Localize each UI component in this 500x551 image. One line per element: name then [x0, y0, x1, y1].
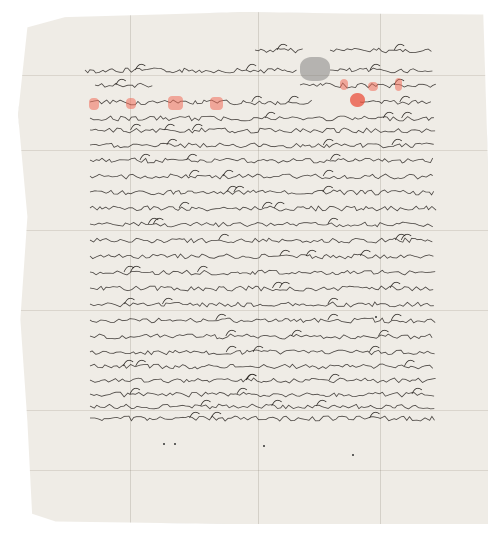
- red-seal: [89, 98, 99, 110]
- script-line: [90, 283, 432, 293]
- script-line: [330, 45, 430, 55]
- script-line: [90, 267, 432, 277]
- script-line: [90, 389, 432, 399]
- red-seal: [168, 96, 183, 110]
- ink-speck: [163, 443, 165, 445]
- fold-line: [18, 150, 488, 151]
- script-line: [90, 113, 432, 123]
- script-line: [90, 140, 432, 150]
- red-seal: [350, 93, 365, 107]
- script-line: [90, 299, 432, 309]
- script-line: [90, 171, 432, 181]
- fold-line: [18, 470, 488, 471]
- red-seal: [368, 82, 378, 91]
- script-line: [90, 97, 310, 107]
- script-line: [90, 219, 432, 229]
- script-line: [90, 347, 432, 357]
- red-seal: [126, 98, 136, 109]
- script-line: [90, 375, 432, 385]
- script-line: [90, 315, 432, 325]
- script-line: [90, 413, 432, 423]
- script-line: [90, 155, 432, 165]
- ink-speck: [352, 454, 354, 456]
- red-seal: [210, 97, 223, 110]
- script-line: [90, 401, 432, 411]
- fold-line: [18, 230, 488, 231]
- script-line: [330, 65, 430, 75]
- script-line: [85, 65, 295, 75]
- ink-speck: [375, 316, 377, 318]
- ink-speck: [174, 443, 176, 445]
- fold-line: [18, 75, 488, 76]
- script-line: [95, 80, 150, 90]
- script-line: [90, 203, 432, 213]
- script-line: [90, 235, 432, 245]
- script-line: [90, 125, 432, 135]
- fold-line: [18, 310, 488, 311]
- red-seal: [395, 78, 402, 91]
- script-line: [90, 251, 432, 261]
- script-line: [255, 45, 300, 55]
- grey-seal: [300, 57, 330, 81]
- script-line: [90, 187, 432, 197]
- red-seal: [340, 79, 348, 90]
- script-line: [90, 361, 432, 371]
- script-line: [360, 97, 430, 107]
- script-line: [90, 331, 432, 341]
- ink-speck: [263, 445, 265, 447]
